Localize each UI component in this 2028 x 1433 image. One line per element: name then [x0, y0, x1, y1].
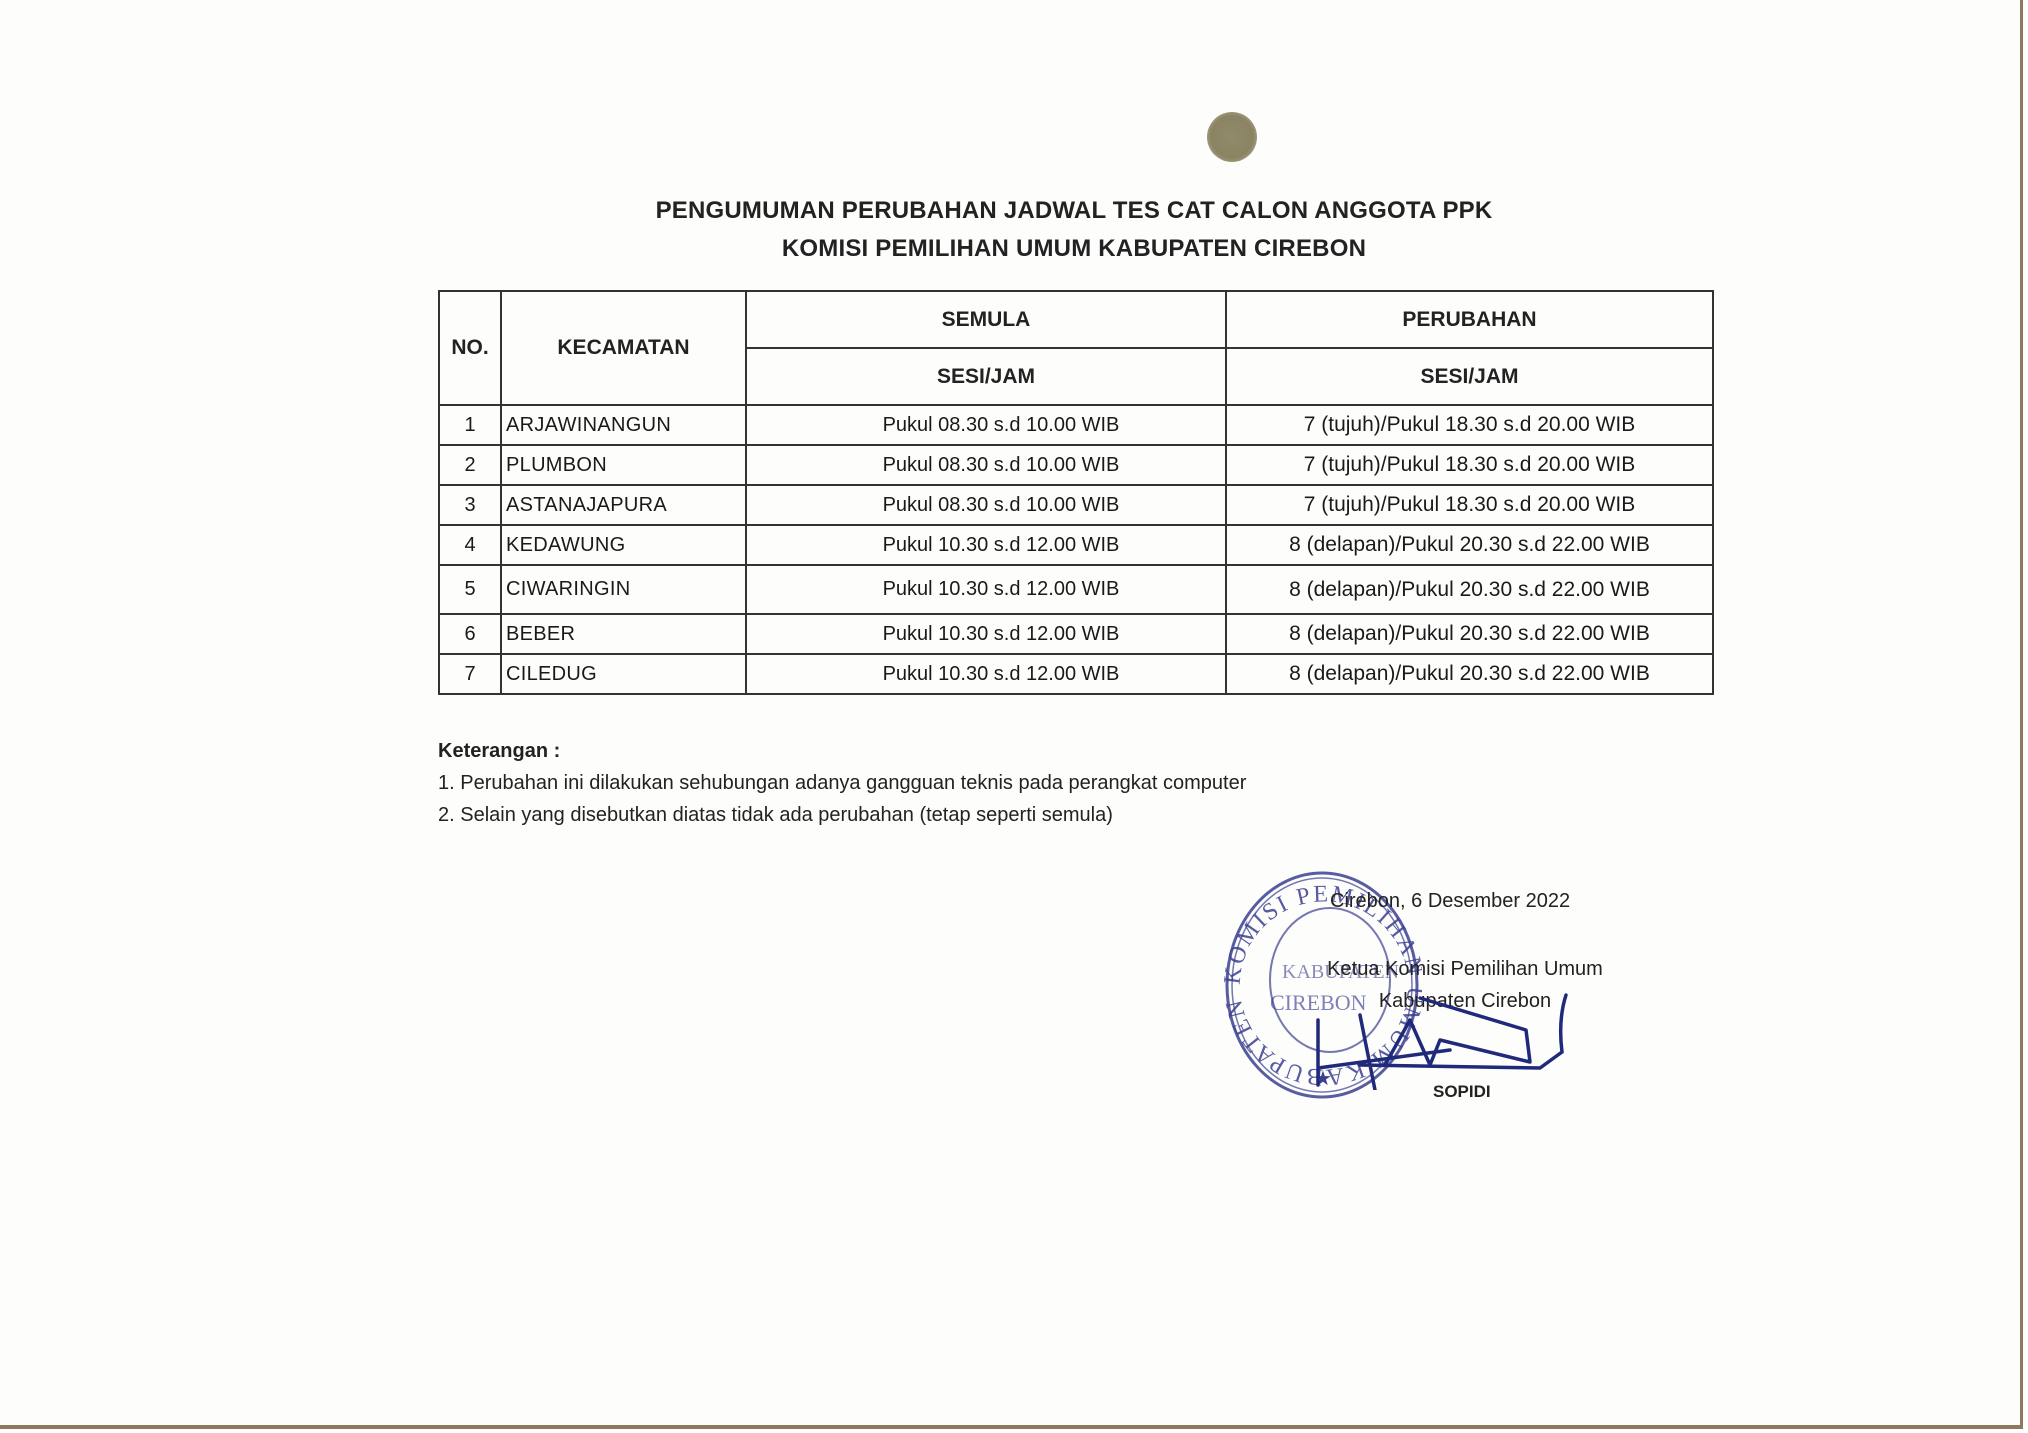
- table-row: 7CILEDUGPukul 10.30 s.d 12.00 WIB8 (dela…: [439, 654, 1713, 694]
- perubahan-cell: 7 (tujuh)/Pukul 18.30 s.d 20.00 WIB: [1226, 485, 1713, 525]
- perubahan-cell: 8 (delapan)/Pukul 20.30 s.d 22.00 WIB: [1226, 614, 1713, 654]
- semula-cell: Pukul 08.30 s.d 10.00 WIB: [746, 485, 1226, 525]
- row-number: 4: [439, 525, 501, 565]
- kecamatan-cell: CIWARINGIN: [501, 565, 746, 614]
- table-row: 2PLUMBONPukul 08.30 s.d 10.00 WIB7 (tuju…: [439, 445, 1713, 485]
- handwritten-signature-icon: [1300, 990, 1600, 1090]
- table-row: 5CIWARINGINPukul 10.30 s.d 12.00 WIB8 (d…: [439, 565, 1713, 614]
- header-semula: SEMULA: [746, 291, 1226, 348]
- note-item: 2. Selain yang disebutkan diatas tidak a…: [438, 799, 1246, 831]
- document-title: PENGUMUMAN PERUBAHAN JADWAL TES CAT CALO…: [0, 197, 2028, 225]
- note-item: 1. Perubahan ini dilakukan sehubungan ad…: [438, 767, 1246, 799]
- kecamatan-cell: KEDAWUNG: [501, 525, 746, 565]
- table-row: 3ASTANAJAPURAPukul 08.30 s.d 10.00 WIB7 …: [439, 485, 1713, 525]
- semula-cell: Pukul 08.30 s.d 10.00 WIB: [746, 445, 1226, 485]
- place-date: Cirebon, 6 Desember 2022: [1330, 890, 1570, 913]
- notes-section: Keterangan : 1. Perubahan ini dilakukan …: [438, 735, 1246, 831]
- document-page: PENGUMUMAN PERUBAHAN JADWAL TES CAT CALO…: [0, 0, 2023, 1429]
- semula-cell: Pukul 10.30 s.d 12.00 WIB: [746, 565, 1226, 614]
- row-number: 7: [439, 654, 501, 694]
- header-perubahan: PERUBAHAN: [1226, 291, 1713, 348]
- header-perubahan-sesi: SESI/JAM: [1226, 348, 1713, 405]
- table-row: 6BEBERPukul 10.30 s.d 12.00 WIB8 (delapa…: [439, 614, 1713, 654]
- kecamatan-cell: PLUMBON: [501, 445, 746, 485]
- semula-cell: Pukul 10.30 s.d 12.00 WIB: [746, 654, 1226, 694]
- semula-cell: Pukul 10.30 s.d 12.00 WIB: [746, 614, 1226, 654]
- notes-title: Keterangan :: [438, 735, 1246, 767]
- header-kecamatan: KECAMATAN: [501, 291, 746, 405]
- semula-cell: Pukul 08.30 s.d 10.00 WIB: [746, 405, 1226, 445]
- punch-hole: [1207, 112, 1257, 162]
- kecamatan-cell: CILEDUG: [501, 654, 746, 694]
- perubahan-cell: 7 (tujuh)/Pukul 18.30 s.d 20.00 WIB: [1226, 405, 1713, 445]
- semula-cell: Pukul 10.30 s.d 12.00 WIB: [746, 525, 1226, 565]
- perubahan-cell: 8 (delapan)/Pukul 20.30 s.d 22.00 WIB: [1226, 525, 1713, 565]
- row-number: 6: [439, 614, 501, 654]
- signer-role: Ketua Komisi Pemilihan Umum: [1300, 958, 1630, 981]
- kecamatan-cell: BEBER: [501, 614, 746, 654]
- header-no: NO.: [439, 291, 501, 405]
- row-number: 3: [439, 485, 501, 525]
- kecamatan-cell: ASTANAJAPURA: [501, 485, 746, 525]
- row-number: 1: [439, 405, 501, 445]
- table-row: 4KEDAWUNGPukul 10.30 s.d 12.00 WIB8 (del…: [439, 525, 1713, 565]
- signer-name: SOPIDI: [1433, 1082, 1491, 1102]
- perubahan-cell: 8 (delapan)/Pukul 20.30 s.d 22.00 WIB: [1226, 565, 1713, 614]
- table-row: 1ARJAWINANGUNPukul 08.30 s.d 10.00 WIB7 …: [439, 405, 1713, 445]
- row-number: 2: [439, 445, 501, 485]
- document-subtitle: KOMISI PEMILIHAN UMUM KABUPATEN CIREBON: [0, 235, 2028, 263]
- perubahan-cell: 8 (delapan)/Pukul 20.30 s.d 22.00 WIB: [1226, 654, 1713, 694]
- header-semula-sesi: SESI/JAM: [746, 348, 1226, 405]
- perubahan-cell: 7 (tujuh)/Pukul 18.30 s.d 20.00 WIB: [1226, 445, 1713, 485]
- schedule-table: NO. KECAMATAN SEMULA PERUBAHAN SESI/JAM …: [438, 290, 1714, 695]
- kecamatan-cell: ARJAWINANGUN: [501, 405, 746, 445]
- row-number: 5: [439, 565, 501, 614]
